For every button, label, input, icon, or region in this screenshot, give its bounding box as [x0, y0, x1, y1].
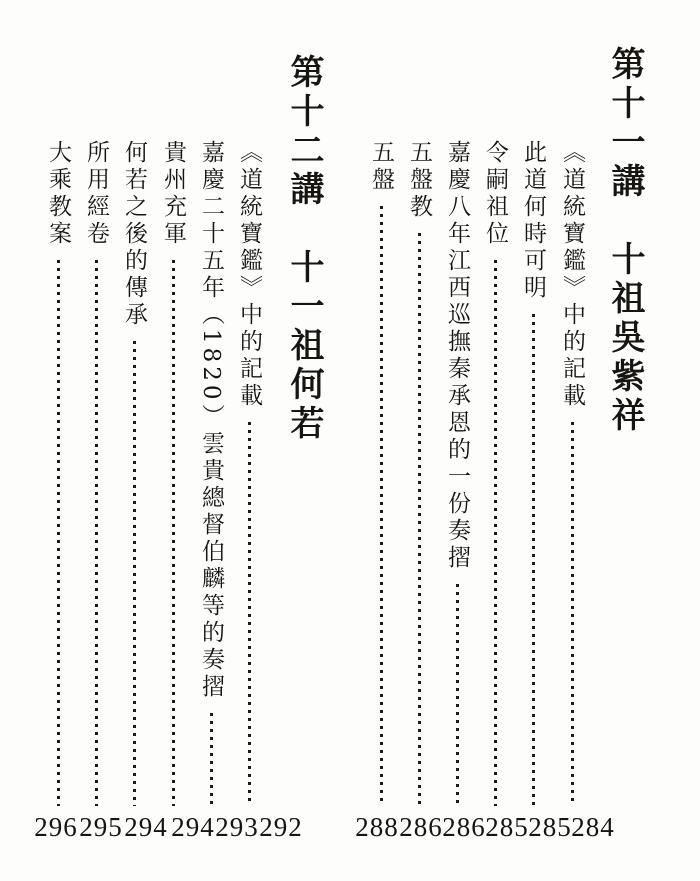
- toc-entry: 令嗣祖位: [476, 140, 514, 808]
- page-number: 296: [24, 812, 88, 843]
- dotted-leader: [494, 260, 497, 806]
- toc-entry-title: 令嗣祖位: [476, 140, 514, 248]
- toc-entry-title: 此道何時可明: [514, 140, 552, 302]
- dotted-leader: [133, 341, 136, 806]
- dotted-leader: [456, 584, 459, 806]
- dotted-leader: [571, 422, 574, 806]
- toc-entry-title: 大乘教案: [39, 140, 77, 248]
- dotted-leader: [248, 422, 251, 806]
- toc-entry-title: 嘉慶八年江西巡撫秦承恩的一份奏摺: [438, 140, 476, 572]
- dotted-leader: [95, 260, 98, 806]
- toc-entry-title: 嘉慶二十五年（1820）雲貴總督伯麟等的奏摺: [192, 140, 230, 701]
- page-number: 288: [345, 812, 409, 843]
- dotted-leader: [418, 233, 421, 806]
- toc-entry-title: 何若之後的傳承: [115, 140, 153, 329]
- toc-entry: 五盤: [362, 140, 400, 808]
- dotted-leader: [210, 713, 213, 806]
- toc-entry-title: 貴州充軍: [154, 140, 192, 248]
- toc-entry: 《道統寶鑑》中的記載: [553, 140, 591, 808]
- toc-entry-title: 五盤: [362, 140, 400, 194]
- toc-entry: 嘉慶八年江西巡撫秦承恩的一份奏摺: [438, 140, 476, 808]
- toc-entry: 五盤教: [400, 140, 438, 808]
- dotted-leader: [172, 260, 175, 806]
- chapter-12-heading: 第十二講 十一祖何若: [281, 54, 327, 444]
- toc-entry: 貴州充軍: [154, 140, 192, 808]
- dotted-leader: [57, 260, 60, 806]
- chapter-11-heading: 第十一講 十祖吳紫祥: [602, 46, 648, 436]
- toc-entry-title: 五盤教: [400, 140, 438, 221]
- toc-entry: 何若之後的傳承: [115, 140, 153, 808]
- toc-entry-title: 《道統寶鑑》中的記載: [553, 140, 591, 410]
- toc-entry: 《道統寶鑑》中的記載: [230, 140, 268, 808]
- toc-entry-title: 《道統寶鑑》中的記載: [230, 140, 268, 410]
- toc-entry: 大乘教案: [39, 140, 77, 808]
- toc-entry: 所用經卷: [77, 140, 115, 808]
- toc-page: 第十一講 十祖吳紫祥 《道統寶鑑》中的記載 此道何時可明 令嗣祖位 嘉慶八年江西…: [0, 0, 700, 881]
- toc-entry: 嘉慶二十五年（1820）雲貴總督伯麟等的奏摺: [192, 140, 230, 808]
- toc-entry-title: 所用經卷: [77, 140, 115, 248]
- dotted-leader: [380, 206, 383, 806]
- dotted-leader: [532, 314, 535, 806]
- toc-entry: 此道何時可明: [514, 140, 552, 808]
